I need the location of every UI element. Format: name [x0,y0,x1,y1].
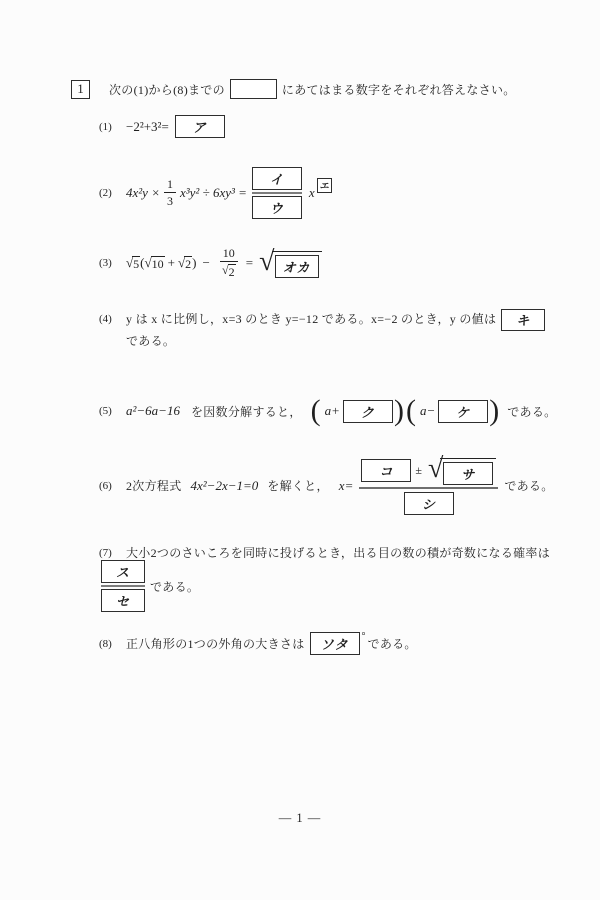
q8-label: (8) [99,638,119,650]
q2-label: (2) [99,187,119,199]
q2-coefficient-fraction: 1 3 [164,177,176,209]
q4-text: y は x に比例し，x=3 のとき y=−12 である。x=−2 のとき，y … [126,309,558,352]
q3-fraction: 10 √ 2 [220,246,238,280]
q5-factor1-prefix: a+ [325,403,340,419]
q2-expression-left: 4x²y × [126,185,160,201]
blank-box [230,79,277,99]
fraction-bar [101,585,145,587]
q5-answer-box-2: ケ [438,400,488,423]
q8-text-after: である。 [368,635,417,652]
q5-text-after: である。 [507,403,556,420]
q4-text-after: である。 [126,334,175,348]
q6-x-equals: x= [339,478,354,494]
page-number: — 1 — [0,811,600,826]
q6-text-mid: を解くと， [267,477,329,494]
fraction-bar [252,192,302,194]
q3-label: (3) [99,257,119,269]
radicand: 2 [184,256,192,272]
q6-frac-denominator: シ [404,491,454,515]
degree-symbol: ° [362,631,366,642]
close-paren: ) [489,397,499,425]
question-2: (2) 4x²y × 1 3 x³y² ÷ 6xy³ = イ ウ x エ [99,167,332,219]
radicand: 10 [151,256,165,272]
sqrt-10: √ 10 [144,255,164,272]
radicand: サ [440,458,496,485]
question-1: (1) −2²+3²= ア [99,115,225,138]
q7-text-after: である。 [150,578,199,595]
q3-frac-numerator: 10 [220,246,238,262]
question-5: (5) a²−6a−16 を因数分解すると， ( a+ ク ) ( a− ケ )… [99,397,556,425]
open-paren: ( [406,397,416,425]
q2-expression-mid: x³y² ÷ 6xy³ = [180,185,247,201]
header-text-after: にあてはまる数字をそれぞれ答えなさい。 [282,81,516,98]
q3-answer-box: オカ [275,255,319,278]
header: 1 次の(1)から(8)までの にあてはまる数字をそれぞれ答えなさい。 [71,79,516,99]
equals-sign: = [246,255,253,271]
q1-label: (1) [99,121,119,133]
q6-text-after: である。 [504,477,553,494]
q2-coef-denominator: 3 [165,193,175,209]
radicand: 2 [228,264,236,280]
question-7: (7) 大小2つのさいころを同時に投げるとき，出る目の数の積が奇数になる確率は [99,544,550,561]
q6-text-before: 2次方程式 [126,477,182,494]
q5-factor2-prefix: a− [420,403,435,419]
q2-answer-numerator-box: イ [252,167,302,190]
close-paren: ) [394,397,404,425]
q4-text-before: y は x に比例し，x=3 のとき y=−12 である。x=−2 のとき，y … [126,312,496,326]
minus-sign: − [202,255,209,271]
question-4: (4) y は x に比例し，x=3 のとき y=−12 である。x=−2 のと… [99,309,558,352]
q5-label: (5) [99,405,119,417]
q6-expression: 4x²−2x−1=0 [191,478,259,494]
q4-answer-box: キ [501,309,545,331]
exam-page: 1 次の(1)から(8)までの にあてはまる数字をそれぞれ答えなさい。 (1) … [0,0,600,900]
q6-answer-box-shi: シ [404,492,454,515]
q2-answer-fraction: イ ウ [252,167,302,219]
q7-text-line1: 大小2つのさいころを同時に投げるとき，出る目の数の積が奇数になる確率は [126,544,550,561]
q6-label: (6) [99,480,119,492]
q1-answer-box: ア [175,115,225,138]
q5-expression: a²−6a−16 [126,403,180,419]
q2-answer-denominator-box: ウ [252,196,302,219]
q5-answer-box-1: ク [343,400,393,423]
radicand: オカ [272,251,322,278]
problem-number-box: 1 [71,80,90,99]
q3-answer-radical: √ オカ [259,249,321,278]
question-6: (6) 2次方程式 4x²−2x−1=0 を解くと， x= コ ± √ サ シ … [99,456,554,515]
fraction-bar [359,487,498,489]
header-text-before: 次の(1)から(8)までの [109,81,225,98]
q5-text-mid: を因数分解すると， [191,403,302,420]
q6-answer-fraction: コ ± √ サ シ [359,456,498,515]
q6-answer-box-sa: サ [443,462,493,485]
close-paren: ) [192,255,196,271]
q6-frac-numerator: コ ± √ サ [359,456,498,485]
q7-label: (7) [99,547,119,559]
q7-answer-numerator-box: ス [101,560,145,583]
q8-text-before: 正八角形の1つの外角の大きさは [126,635,305,652]
plus-minus-sign: ± [415,463,422,478]
q8-answer-box: ソタ [310,632,360,655]
open-paren: ( [311,397,321,425]
q3-frac-denominator: √ 2 [220,262,238,280]
radicand: 5 [132,256,140,272]
q2-variable: x [309,185,315,201]
q4-label: (4) [99,313,119,325]
question-3: (3) √ 5 ( √ 10 + √ 2 ) − 10 √ 2 = √ [99,246,322,280]
sqrt-5: √ 5 [126,255,140,272]
sqrt-2-denominator: √ 2 [222,263,236,280]
q6-answer-box-ko: コ [361,459,411,482]
q6-answer-radical: √ サ [428,456,496,485]
q2-exponent-answer-box: エ [317,178,332,193]
question-7-answer: ス セ である。 [101,560,199,612]
q2-coef-numerator: 1 [164,177,176,193]
q7-answer-denominator-box: セ [101,589,145,612]
sqrt-2: √ 2 [178,255,192,272]
question-8: (8) 正八角形の1つの外角の大きさは ソタ ° である。 [99,632,417,655]
q1-expression: −2²+3²= [126,119,169,135]
q7-answer-fraction: ス セ [101,560,145,612]
plus-sign: + [168,255,175,271]
